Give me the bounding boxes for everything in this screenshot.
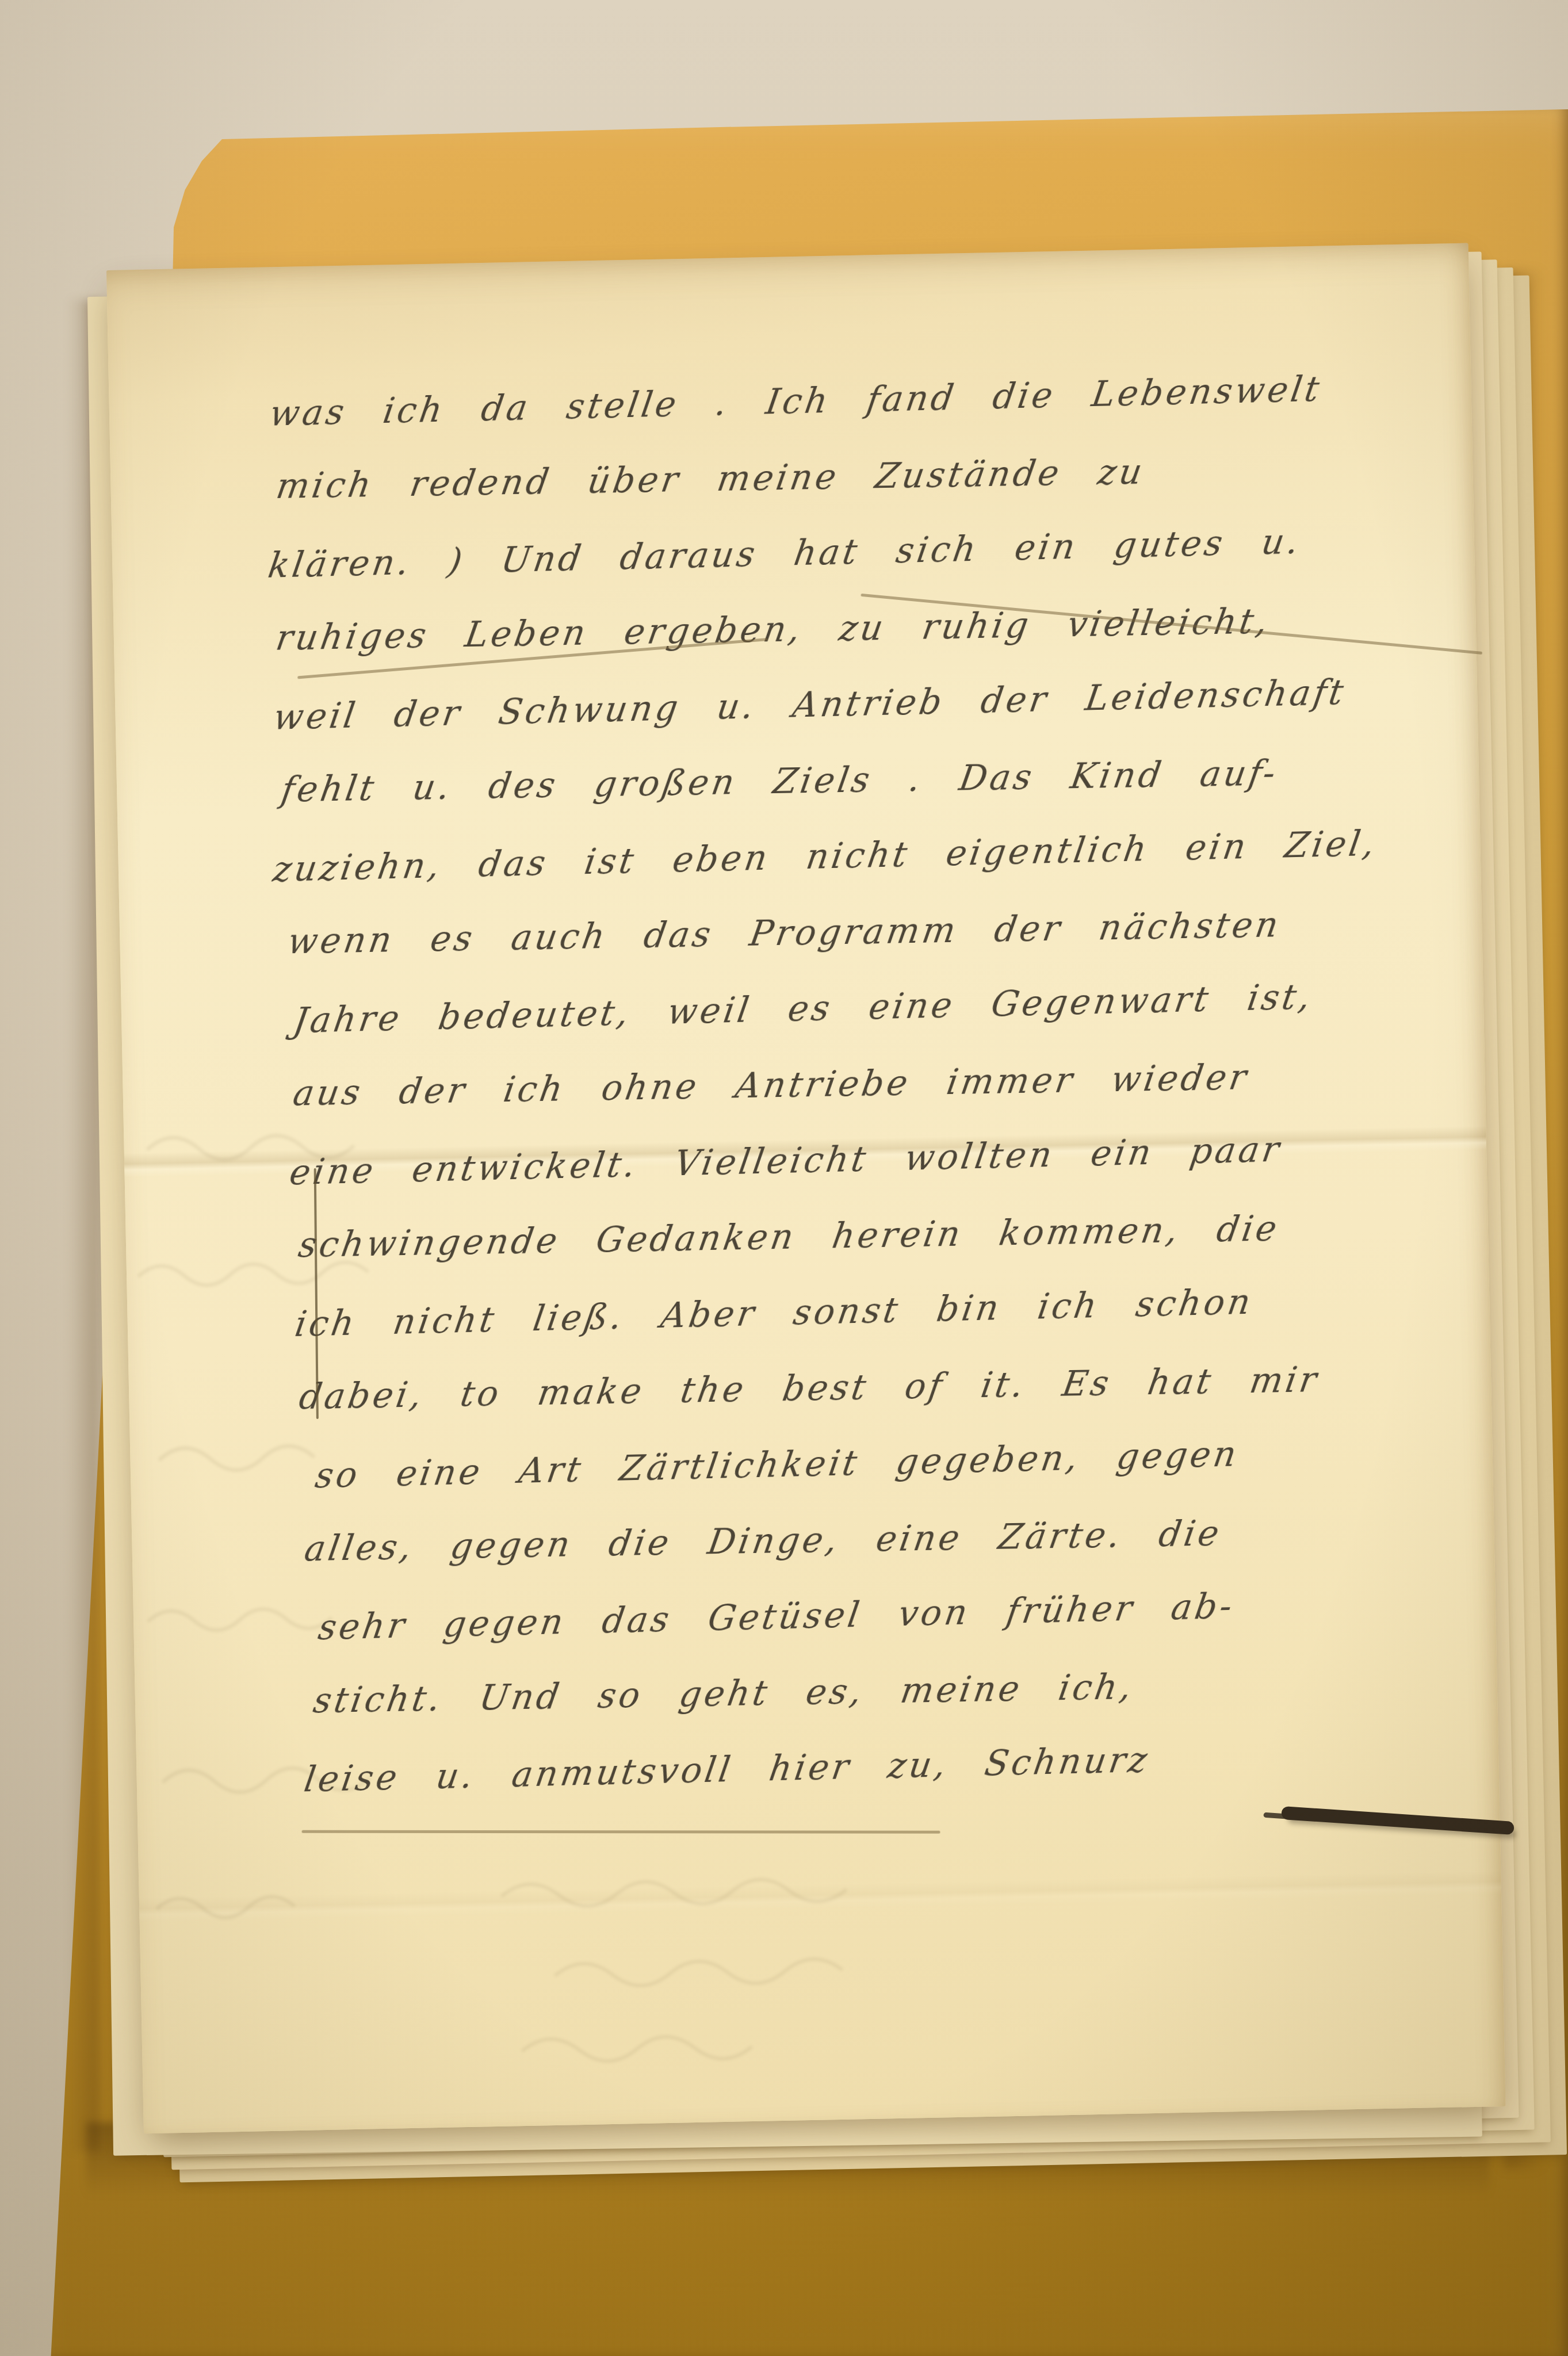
- handwritten-line: mich redend über meine Zustände zu: [274, 452, 1148, 507]
- letter-page: was ich da stelle . Ich fand die Lebensw…: [106, 243, 1506, 2133]
- handwritten-line: sehr gegen das Getüsel von früher ab-: [316, 1586, 1238, 1648]
- handwritten-line: Jahre bedeutet, weil es eine Gegenwart i…: [290, 977, 1315, 1041]
- handwritten-line: klären. ) Und daraus hat sich ein gutes …: [266, 522, 1304, 586]
- handwritten-line: leise u. anmutsvoll hier zu, Schnurz: [301, 1740, 1153, 1800]
- handwritten-line: sticht. Und so geht es, meine ich,: [311, 1667, 1137, 1721]
- photo-of-letter: was ich da stelle . Ich fand die Lebensw…: [0, 0, 1568, 2356]
- handwritten-line: alles, gegen die Dinge, eine Zärte. die: [302, 1514, 1225, 1569]
- handwritten-line: schwingende Gedanken herein kommen, die: [296, 1209, 1282, 1265]
- pencil-underline-line19: [302, 1830, 940, 1834]
- handwritten-line: weil der Schwung u. Antrieb der Leidensc…: [271, 673, 1349, 738]
- handwritten-line: fehlt u. des großen Ziels . Das Kind auf…: [278, 754, 1281, 810]
- handwritten-line: dabei, to make the best of it. Es hat mi…: [296, 1360, 1322, 1417]
- handwritten-line: so eine Art Zärtlichkeit gegeben, gegen: [312, 1435, 1241, 1496]
- handwritten-line: aus der ich ohne Antriebe immer wieder: [290, 1058, 1252, 1114]
- handwritten-line: eine entwickelt. Vielleicht wollten ein …: [287, 1130, 1284, 1193]
- handwritten-line: ruhiges Leben ergeben, zu ruhig vielleic…: [273, 602, 1273, 658]
- handwritten-line: was ich da stelle . Ich fand die Lebensw…: [267, 369, 1325, 434]
- handwritten-line: ich nicht ließ. Aber sonst bin ich schon: [292, 1282, 1256, 1344]
- handwritten-line: wenn es auch das Programm der nächsten: [285, 905, 1283, 962]
- handwritten-line: zuziehn, das ist eben nicht eigentlich e…: [270, 824, 1380, 889]
